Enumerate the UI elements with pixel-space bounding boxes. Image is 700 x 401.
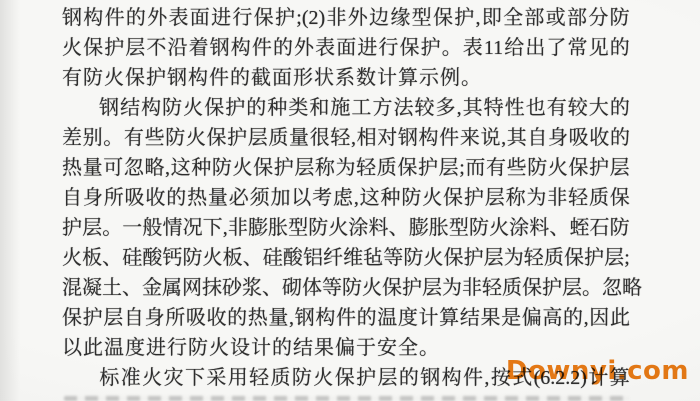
next-line-cut-off xyxy=(64,396,630,401)
text-line: 火保护层不沿着钢构件的外表面进行保护。表 11 给出了常见的 xyxy=(62,33,630,63)
text-line: 钢构件的外表面进行保护;(2) 非外边缘型保护,即全部或部分防 xyxy=(62,3,630,33)
text-line: 有防火保护钢构件的截面形状系数计算示例。 xyxy=(62,63,630,93)
text-line: 混凝土、金属网抹砂浆、砌体等防火保护层为非轻质保护层。忽略 xyxy=(62,273,630,303)
document-text: 钢构件的外表面进行保护;(2) 非外边缘型保护,即全部或部分防火保护层不沿着钢构… xyxy=(62,3,630,393)
text-line: 火板、硅酸钙防火板、硅酸铝纤维毡等防火保护层为轻质保护层; xyxy=(62,243,630,273)
watermark: Downyi.com xyxy=(506,356,689,386)
text-line: 热量可忽略,这种防火保护层称为轻质保护层;而有些防火保护层 xyxy=(62,153,630,183)
text-line: 钢结构防火保护的种类和施工方法较多,其特性也有较大的 xyxy=(62,93,630,123)
text-line: 保护层自身所吸收的热量,钢构件的温度计算结果是偏高的,因此 xyxy=(62,303,630,333)
page: 钢构件的外表面进行保护;(2) 非外边缘型保护,即全部或部分防火保护层不沿着钢构… xyxy=(0,0,700,401)
text-line: 自身所吸收的热量必须加以考虑,这种防火保护层称为非轻质保 xyxy=(62,183,630,213)
text-line: 差别。有些防火保护层质量很轻,相对钢构件来说,其自身吸收的 xyxy=(62,123,630,153)
text-line: 护层。一般情况下,非膨胀型防火涂料、膨胀型防火涂料、蛭石防 xyxy=(62,213,630,243)
